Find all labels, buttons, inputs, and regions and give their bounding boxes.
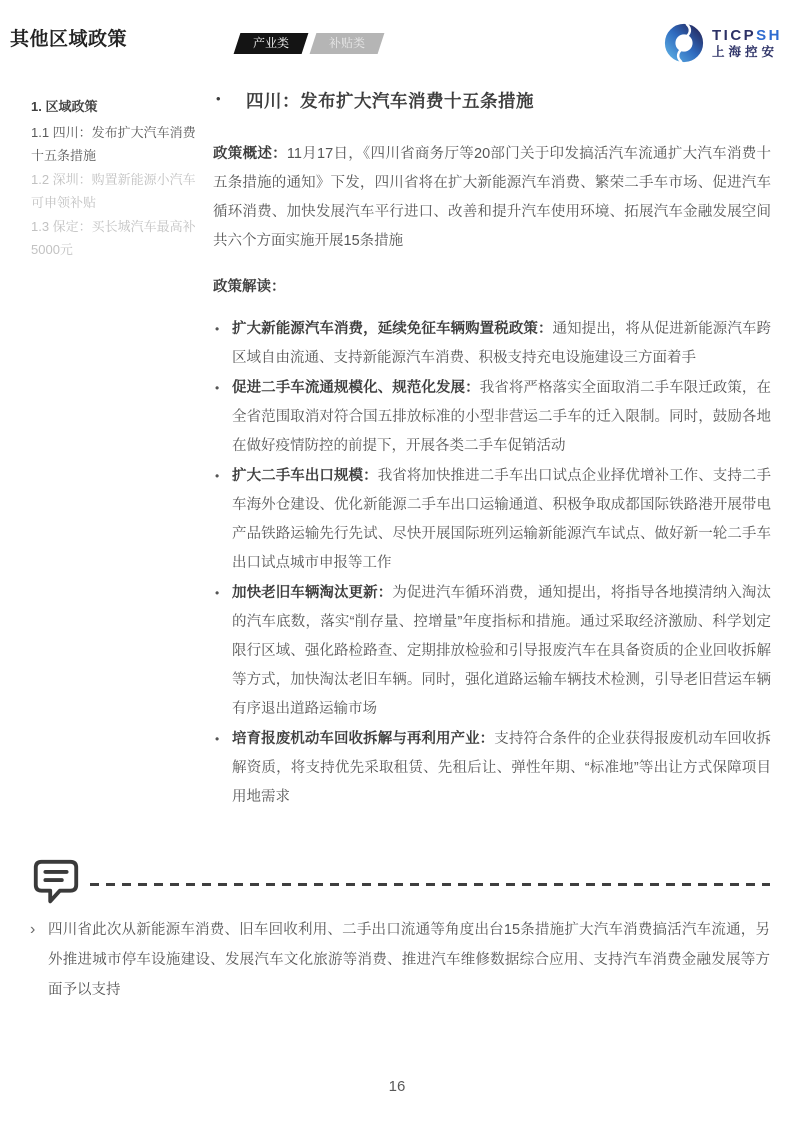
- policy-interpretation-label: 政策解读：: [213, 273, 771, 302]
- point-item: 扩大二手车出口规模：我省将加快推进二手车出口试点企业择优增补工作、支持二手车海外…: [213, 462, 771, 578]
- sidebar-item-sichuan[interactable]: 1.1 四川：发布扩大汽车消费十五条措施: [31, 121, 207, 168]
- section-heading: 四川：发布扩大汽车消费十五条措施: [246, 88, 771, 113]
- sidebar-section-title: 1. 区域政策: [31, 95, 207, 119]
- policy-overview-text: 11月17日，《四川省商务厅等20部门关于印发搞活汽车流通扩大汽车消费十五条措施…: [213, 146, 771, 249]
- sidebar-toc: 1. 区域政策 1.1 四川：发布扩大汽车消费十五条措施 1.2 深圳：购置新能…: [31, 95, 207, 262]
- chevron-right-icon: ›: [30, 915, 48, 945]
- tag-subsidy[interactable]: 补贴类: [310, 33, 385, 54]
- company-logo: TICPSH 上海控安: [663, 22, 782, 64]
- swirl-icon: [663, 22, 705, 64]
- tag-industry-label: 产业类: [253, 33, 289, 54]
- sidebar-item-shenzhen[interactable]: 1.2 深圳：购置新能源小汽车可申领补贴: [31, 168, 207, 215]
- interpretation-points: 扩大新能源汽车消费，延续免征车辆购置税政策：通知提出，将从促进新能源汽车跨区域自…: [213, 315, 771, 812]
- policy-overview-label: 政策概述：: [213, 146, 287, 162]
- point-item: 培育报废机动车回收拆解与再利用产业：支持符合条件的企业获得报废机动车回收拆解资质…: [213, 725, 771, 812]
- sidebar-item-baoding[interactable]: 1.3 保定：买长城汽车最高补5000元: [31, 215, 207, 262]
- point-item: 促进二手车流通规模化、规范化发展：我省将严格落实全面取消二手车限迁政策，在全省范…: [213, 374, 771, 461]
- point-item: 加快老旧车辆淘汰更新：为促进汽车循环消费，通知提出，将指导各地摸清纳入淘汰的汽车…: [213, 579, 771, 724]
- point-item: 扩大新能源汽车消费，延续免征车辆购置税政策：通知提出，将从促进新能源汽车跨区域自…: [213, 315, 771, 373]
- policy-overview: 政策概述：11月17日，《四川省商务厅等20部门关于印发搞活汽车流通扩大汽车消费…: [213, 140, 771, 256]
- category-tags: 产业类 补贴类: [237, 33, 389, 54]
- tag-industry[interactable]: 产业类: [234, 33, 309, 54]
- page-number: 16: [0, 1078, 794, 1095]
- heading-bullet-icon: •: [216, 91, 221, 106]
- page-title: 其他区域政策: [10, 24, 127, 51]
- logo-name: 上海控安: [712, 44, 782, 60]
- summary-note: › 四川省此次从新能源车消费、旧车回收利用、二手出口流通等角度出台15条措施扩大…: [30, 915, 770, 1005]
- main-content: • 四川：发布扩大汽车消费十五条措施 政策概述：11月17日，《四川省商务厅等2…: [213, 88, 771, 813]
- comment-icon: [30, 856, 82, 910]
- tag-subsidy-label: 补贴类: [329, 33, 365, 54]
- summary-note-text: 四川省此次从新能源车消费、旧车回收利用、二手出口流通等角度出台15条措施扩大汽车…: [48, 915, 770, 1005]
- dashed-line: [90, 883, 770, 886]
- section-heading-row: • 四川：发布扩大汽车消费十五条措施: [213, 88, 771, 113]
- logo-text: TICPSH 上海控安: [712, 27, 782, 60]
- report-page: 其他区域政策 产业类 补贴类 TICPSH 上海控安: [0, 0, 794, 1123]
- logo-acronym: TICPSH: [712, 27, 782, 44]
- comment-divider: [30, 856, 770, 910]
